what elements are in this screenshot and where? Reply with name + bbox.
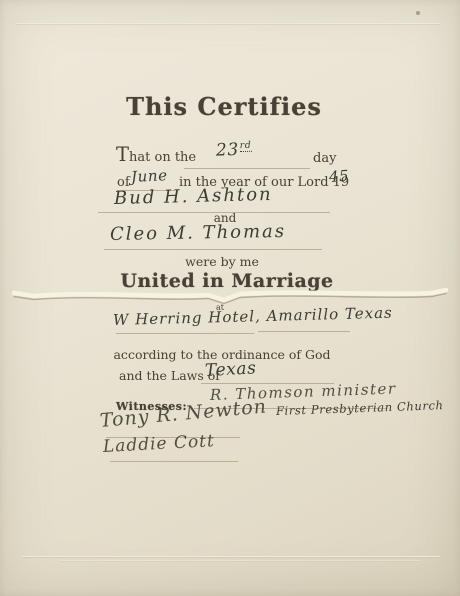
witness-signature-2: Laddie Cott [103, 433, 216, 456]
month-handwritten: June [131, 168, 168, 185]
year-digits-handwritten: 45 [328, 169, 349, 185]
location-line-1 [116, 333, 254, 334]
day-blank-line [184, 168, 310, 169]
day-number: 23 [216, 140, 240, 161]
were-by-me-label: were by me [0, 255, 444, 269]
officiant-church-handwritten: First Presbyterian Church [276, 400, 444, 417]
bride-name-handwritten: Cleo M. Thomas [110, 223, 286, 244]
location-handwritten: W Herring Hotel, Amarillo Texas [113, 306, 393, 328]
date-line-prefix: That on the [116, 147, 196, 165]
fold-crease-bottom-2 [60, 560, 420, 562]
paper-speck [416, 11, 420, 15]
certificate-scan: This Certifies That on the 23rd day of J… [0, 0, 460, 596]
day-ordinal: rd [239, 140, 251, 152]
location-line-2 [258, 331, 350, 332]
laws-value-handwritten: Texas [205, 360, 257, 380]
day-number-handwritten: 23rd [216, 141, 252, 160]
bride-name-line [104, 249, 322, 250]
fold-crease-bottom [22, 556, 440, 558]
date-line-suffix: day [313, 152, 336, 166]
certificate-title: This Certifies [0, 94, 448, 120]
groom-name-handwritten: Bud H. Ashton [114, 186, 273, 208]
witness-line-2 [110, 461, 238, 462]
fold-crease-top [16, 23, 440, 25]
